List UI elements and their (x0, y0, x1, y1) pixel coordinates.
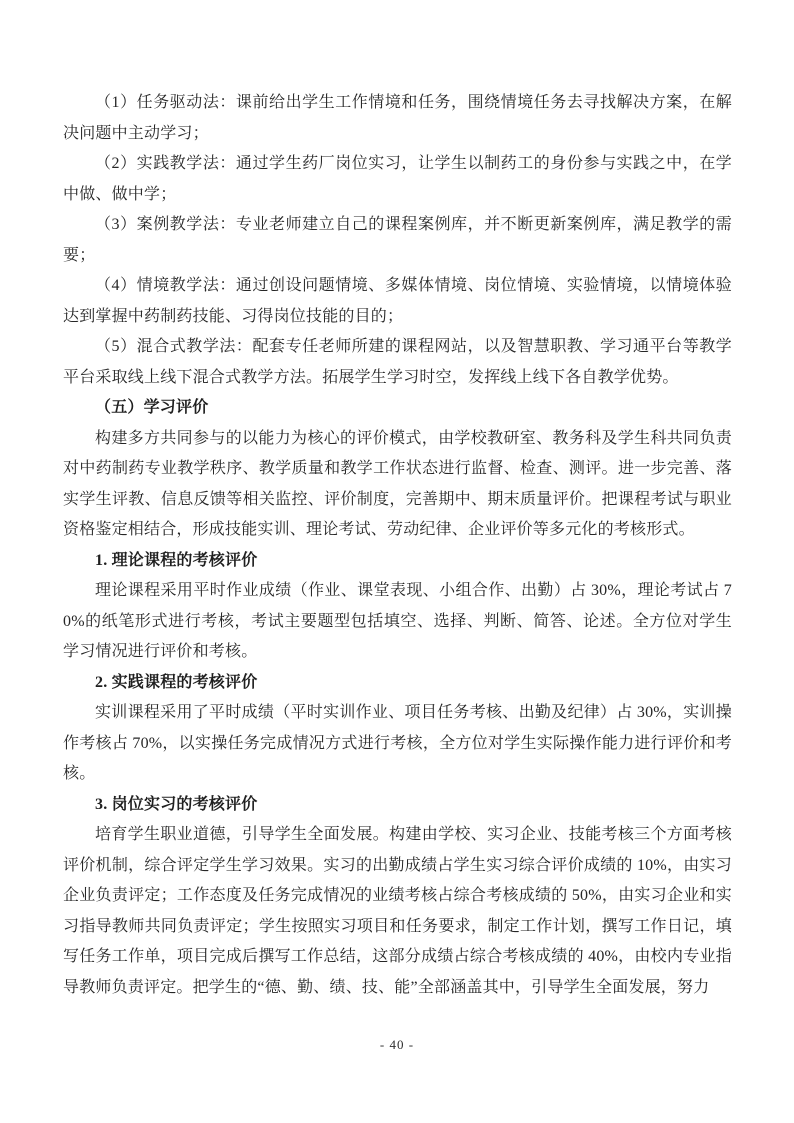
document-body: （1）任务驱动法：课前给出学生工作情境和任务，围绕情境任务去寻找解决方案，在解决… (63, 88, 732, 1003)
body-paragraph: （5）混合式教学法：配套专任老师所建的课程网站，以及智慧职教、学习通平台等教学平… (63, 332, 732, 393)
body-paragraph: （4）情境教学法：通过创设问题情境、多媒体情境、岗位情境、实验情境，以情境体验达… (63, 271, 732, 332)
body-paragraph: 实训课程采用了平时成绩（平时实训作业、项目任务考核、出勤及纪律）占 30%，实训… (63, 698, 732, 790)
body-paragraph: （2）实践教学法：通过学生药厂岗位实习，让学生以制药工的身份参与实践之中，在学中… (63, 149, 732, 210)
body-paragraph: （3）案例教学法：专业老师建立自己的课程案例库，并不断更新案例库，满足教学的需要… (63, 210, 732, 271)
page-number: - 40 - (380, 1037, 414, 1052)
section-heading: 2. 实践课程的考核评价 (63, 668, 732, 699)
body-paragraph: 构建多方共同参与的以能力为核心的评价模式，由学校教研室、教务科及学生科共同负责对… (63, 424, 732, 546)
section-heading: （五）学习评价 (63, 393, 732, 424)
body-paragraph: （1）任务驱动法：课前给出学生工作情境和任务，围绕情境任务去寻找解决方案，在解决… (63, 88, 732, 149)
body-paragraph: 培育学生职业道德，引导学生全面发展。构建由学校、实习企业、技能考核三个方面考核评… (63, 820, 732, 1003)
page-footer: - 40 - (0, 1036, 794, 1054)
section-heading: 3. 岗位实习的考核评价 (63, 790, 732, 821)
document-page: （1）任务驱动法：课前给出学生工作情境和任务，围绕情境任务去寻找解决方案，在解决… (0, 0, 794, 1123)
body-paragraph: 理论课程采用平时作业成绩（作业、课堂表现、小组合作、出勤）占 30%，理论考试占… (63, 576, 732, 668)
section-heading: 1. 理论课程的考核评价 (63, 546, 732, 577)
